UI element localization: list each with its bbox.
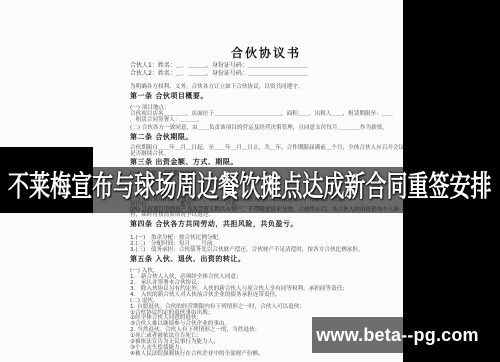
headline-text: 不莱梅宣布与球场周边餐饮摊点达成新合同重签安排 <box>8 170 492 202</box>
document-line: 合伙人2：姓名：＿．＿＿＿，身份证号码：＿＿＿＿＿＿＿＿＿＿ <box>130 71 403 77</box>
thumbnail-image: 合伙协议书 合伙人1：姓名：＿．＿＿＿，身份证号码：＿＿＿＿＿＿＿＿＿＿合伙人2… <box>0 0 500 362</box>
watermark-text: www.beta--pg.com <box>316 325 479 346</box>
document-line: ，租赁合同签署人：＿＿＿。 <box>130 117 403 123</box>
document-line: 是否继续合伙。 <box>130 151 403 157</box>
document-line: 3.(三) 债务承担：合伙债务先以合伙财产偿还，合伙财产不足清偿时，按各方合伙比… <box>130 247 403 253</box>
document-line: 第一条 合伙项目概要。 <box>130 93 403 99</box>
document-line: (二) 合伙各方一致同意，由＿＿负责该项目的营运及经营决策管理，且同意支付每月＿… <box>130 125 403 131</box>
document-title: 合伙协议书 <box>130 44 402 61</box>
document-line: 第四条 合伙各方共同劳动，共担风险，共负盈亏。 <box>130 221 403 227</box>
document-line: 第二条 合伙期限。 <box>130 134 403 140</box>
document-line: 第三条 出资金额、方式、期限。 <box>130 159 403 165</box>
document-line: 为明确各方权利、义务，合伙各方订立如下合伙协议，以资共同遵守。 <box>130 84 403 90</box>
watermark-box: www.beta--pg.com <box>312 317 483 353</box>
document-line: 合伙人1：姓名：＿．＿＿＿，身份证号码：＿＿＿＿＿＿＿＿＿＿ <box>130 63 403 69</box>
document-line: 第五条 入伙、退伙、出资的转让。 <box>130 256 403 262</box>
